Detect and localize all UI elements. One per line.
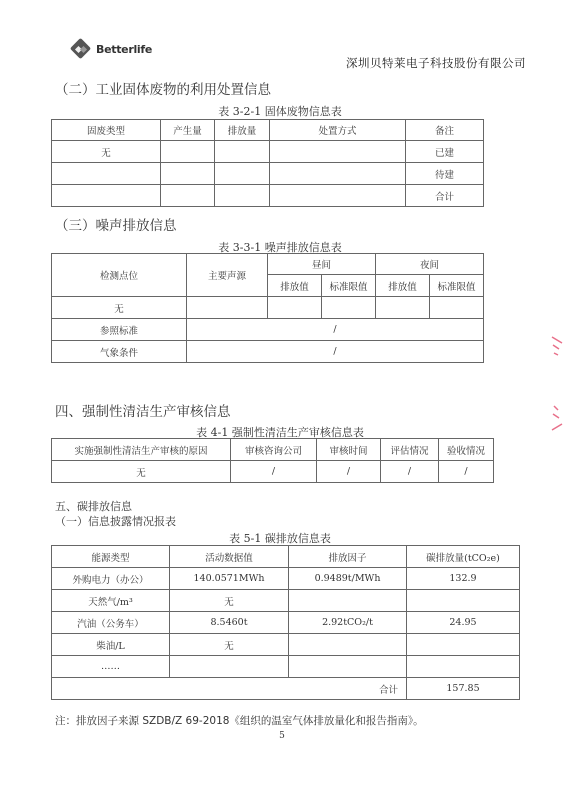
table-row: …… bbox=[52, 656, 520, 678]
table-cell: 无 bbox=[170, 590, 289, 612]
weather-condition-label: 气象条件 bbox=[52, 341, 187, 363]
reference-standard-value: / bbox=[187, 319, 484, 341]
table-cell: / bbox=[231, 461, 317, 483]
solid-waste-table: 固废类型 产生量 排放量 处置方式 备注 无 已建 待建 合计 bbox=[51, 119, 484, 207]
table-total-row: 合计 157.85 bbox=[52, 678, 520, 700]
table-cell: 24.95 bbox=[407, 612, 520, 634]
section-title-carbon: 五、碳排放信息 bbox=[55, 498, 132, 514]
table-cell: / bbox=[439, 461, 494, 483]
table-row: 待建 bbox=[52, 163, 484, 185]
table-cell: 合计 bbox=[406, 185, 484, 207]
table-cell bbox=[289, 656, 407, 678]
column-header: 标准限值 bbox=[322, 275, 376, 297]
table-row: 气象条件 / bbox=[52, 341, 484, 363]
table-cell: 外购电力（办公） bbox=[52, 568, 170, 590]
column-header: 审核时间 bbox=[317, 439, 381, 461]
table-cell bbox=[407, 590, 520, 612]
column-header: 处置方式 bbox=[270, 120, 406, 141]
table-row: 无 / / / / bbox=[52, 461, 494, 483]
table-cell bbox=[407, 634, 520, 656]
table-cell: 汽油（公务车） bbox=[52, 612, 170, 634]
table-row: 合计 bbox=[52, 185, 484, 207]
table-cell bbox=[161, 163, 215, 185]
seal-fragment-icon bbox=[550, 333, 564, 367]
table-cell: 无 bbox=[52, 297, 187, 319]
noise-table: 检测点位 主要声源 昼间 夜间 排放值 标准限值 排放值 标准限值 无 参照标准… bbox=[51, 253, 484, 363]
table-cell bbox=[215, 141, 270, 163]
carbon-table: 能源类型 活动数据值 排放因子 碳排放量(tCO₂e) 外购电力（办公） 140… bbox=[51, 545, 520, 700]
column-header: 备注 bbox=[406, 120, 484, 141]
column-header: 排放量 bbox=[215, 120, 270, 141]
table-cell: 140.0571MWh bbox=[170, 568, 289, 590]
logo-text: Betterlife bbox=[96, 43, 152, 56]
footnote: 注：排放因子来源 SZDB/Z 69-2018《组织的温室气体排放量化和报告指南… bbox=[55, 713, 424, 728]
column-header: 产生量 bbox=[161, 120, 215, 141]
table-cell bbox=[430, 297, 484, 319]
total-label: 合计 bbox=[52, 678, 407, 700]
table-cell bbox=[376, 297, 430, 319]
table-row: 无 已建 bbox=[52, 141, 484, 163]
company-logo: Betterlife bbox=[70, 38, 152, 60]
column-header: 排放值 bbox=[268, 275, 322, 297]
table-cell bbox=[161, 185, 215, 207]
table-caption-solid-waste: 表 3-2-1 固体废物信息表 bbox=[50, 103, 510, 119]
page-number: 5 bbox=[0, 731, 564, 741]
table-cell bbox=[270, 185, 406, 207]
table-cell: 无 bbox=[170, 634, 289, 656]
section-title-solid-waste: （二）工业固体废物的利用处置信息 bbox=[55, 78, 271, 98]
audit-table: 实施强制性清洁生产审核的原因 审核咨询公司 审核时间 评估情况 验收情况 无 /… bbox=[51, 438, 494, 483]
column-header: 排放值 bbox=[376, 275, 430, 297]
table-cell bbox=[215, 163, 270, 185]
table-cell bbox=[215, 185, 270, 207]
table-cell bbox=[270, 163, 406, 185]
table-row: 汽油（公务车） 8.5460t 2.92tCO₂/t 24.95 bbox=[52, 612, 520, 634]
company-name: 深圳贝特莱电子科技股份有限公司 bbox=[346, 55, 526, 71]
table-caption-carbon: 表 5-1 碳排放信息表 bbox=[50, 530, 510, 546]
reference-standard-label: 参照标准 bbox=[52, 319, 187, 341]
table-cell: 柴油/L bbox=[52, 634, 170, 656]
column-header: 审核咨询公司 bbox=[231, 439, 317, 461]
column-header: 验收情况 bbox=[439, 439, 494, 461]
table-cell bbox=[322, 297, 376, 319]
table-row: 无 bbox=[52, 297, 484, 319]
column-header: 固废类型 bbox=[52, 120, 161, 141]
table-cell bbox=[270, 141, 406, 163]
column-header: 碳排放量(tCO₂e) bbox=[407, 546, 520, 568]
column-header: 检测点位 bbox=[52, 254, 187, 297]
table-cell bbox=[289, 590, 407, 612]
table-cell: 8.5460t bbox=[170, 612, 289, 634]
table-cell: / bbox=[381, 461, 439, 483]
seal-fragment-icon bbox=[550, 400, 564, 434]
column-header: 排放因子 bbox=[289, 546, 407, 568]
table-cell bbox=[170, 656, 289, 678]
section-title-noise: （三）噪声排放信息 bbox=[55, 214, 177, 234]
weather-condition-value: / bbox=[187, 341, 484, 363]
table-cell bbox=[52, 163, 161, 185]
table-header-row: 固废类型 产生量 排放量 处置方式 备注 bbox=[52, 120, 484, 141]
table-row: 柴油/L 无 bbox=[52, 634, 520, 656]
table-cell bbox=[187, 297, 268, 319]
table-cell: 天然气/m³ bbox=[52, 590, 170, 612]
table-cell: …… bbox=[52, 656, 170, 678]
table-cell: 无 bbox=[52, 461, 231, 483]
logo-diamond-icon bbox=[70, 38, 92, 60]
table-cell bbox=[407, 656, 520, 678]
column-header: 夜间 bbox=[376, 254, 484, 275]
table-cell: 0.9489t/MWh bbox=[289, 568, 407, 590]
table-cell bbox=[161, 141, 215, 163]
total-value: 157.85 bbox=[407, 678, 520, 700]
table-cell bbox=[268, 297, 322, 319]
column-header: 昼间 bbox=[268, 254, 376, 275]
column-header: 评估情况 bbox=[381, 439, 439, 461]
table-cell: 无 bbox=[52, 141, 161, 163]
table-cell bbox=[289, 634, 407, 656]
subsection-title-disclosure: （一）信息披露情况报表 bbox=[55, 513, 176, 529]
table-cell: 待建 bbox=[406, 163, 484, 185]
column-header: 活动数据值 bbox=[170, 546, 289, 568]
column-header: 主要声源 bbox=[187, 254, 268, 297]
table-cell: 132.9 bbox=[407, 568, 520, 590]
table-cell bbox=[52, 185, 161, 207]
table-cell: / bbox=[317, 461, 381, 483]
table-cell: 已建 bbox=[406, 141, 484, 163]
table-header-row: 能源类型 活动数据值 排放因子 碳排放量(tCO₂e) bbox=[52, 546, 520, 568]
table-row: 外购电力（办公） 140.0571MWh 0.9489t/MWh 132.9 bbox=[52, 568, 520, 590]
column-header: 标准限值 bbox=[430, 275, 484, 297]
table-header-row: 实施强制性清洁生产审核的原因 审核咨询公司 审核时间 评估情况 验收情况 bbox=[52, 439, 494, 461]
table-row: 天然气/m³ 无 bbox=[52, 590, 520, 612]
table-cell: 2.92tCO₂/t bbox=[289, 612, 407, 634]
column-header: 实施强制性清洁生产审核的原因 bbox=[52, 439, 231, 461]
column-header: 能源类型 bbox=[52, 546, 170, 568]
table-row: 参照标准 / bbox=[52, 319, 484, 341]
section-title-audit: 四、强制性清洁生产审核信息 bbox=[55, 400, 231, 420]
table-header-row: 检测点位 主要声源 昼间 夜间 bbox=[52, 254, 484, 275]
